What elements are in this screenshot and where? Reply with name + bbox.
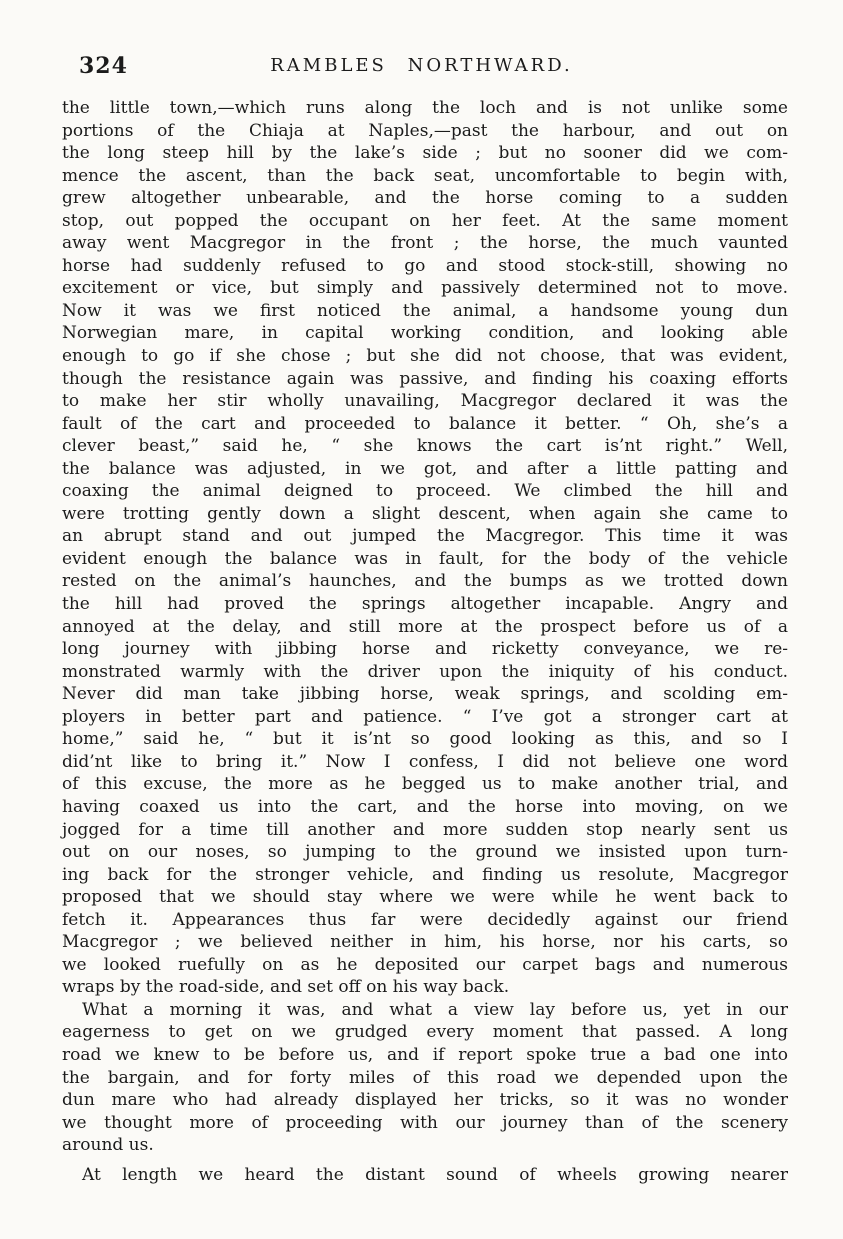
text-line: At length we heard the distant sound of …	[62, 1164, 788, 1187]
text-line: jogged for a time till another and more …	[62, 819, 788, 842]
text-line: away went Macgregor in the front ; the h…	[62, 232, 788, 255]
text-line: an abrupt stand and out jumped the Macgr…	[62, 525, 788, 548]
text-line: Macgregor ; we believed neither in him, …	[62, 931, 788, 954]
text-line: the balance was adjusted, in we got, and…	[62, 458, 788, 481]
text-line: stop, out popped the occupant on her fee…	[62, 210, 788, 233]
text-line: having coaxed us into the cart, and the …	[62, 796, 788, 819]
text-line: evident enough the balance was in fault,…	[62, 548, 788, 571]
text-line: Norwegian mare, in capital working condi…	[62, 322, 788, 345]
text-line: rested on the animal’s haunches, and the…	[62, 570, 788, 593]
text-line: excitement or vice, but simply and passi…	[62, 277, 788, 300]
text-line: of this excuse, the more as he begged us…	[62, 773, 788, 796]
paragraph: the little town,—which runs along the lo…	[62, 97, 788, 999]
text-line: we looked ruefully on as he deposited ou…	[62, 954, 788, 977]
text-line: annoyed at the delay, and still more at …	[62, 616, 788, 639]
text-line: monstrated warmly with the driver upon t…	[62, 661, 788, 684]
text-line: out on our noses, so jumping to the grou…	[62, 841, 788, 864]
text-line: proposed that we should stay where we we…	[62, 886, 788, 909]
book-page: 324 RAMBLES NORTHWARD. the little town,—…	[0, 0, 843, 1239]
text-line: clever beast,” said he, “ she knows the …	[62, 435, 788, 458]
text-line: portions of the Chiaja at Naples,—past t…	[62, 120, 788, 143]
text-line: fetch it. Appearances thus far were deci…	[62, 909, 788, 932]
text-line: fault of the cart and proceeded to balan…	[62, 413, 788, 436]
text-line: enough to go if she chose ; but she did …	[62, 345, 788, 368]
text-line: the bargain, and for forty miles of this…	[62, 1067, 788, 1090]
text-line: home,” said he, “ but it is’nt so good l…	[62, 728, 788, 751]
text-line: Now it was we first noticed the animal, …	[62, 300, 788, 323]
text-line: to make her stir wholly unavailing, Macg…	[62, 390, 788, 413]
text-line: long journey with jibbing horse and rick…	[62, 638, 788, 661]
text-line: ing back for the stronger vehicle, and f…	[62, 864, 788, 887]
text-line: mence the ascent, than the back seat, un…	[62, 165, 788, 188]
running-head: RAMBLES NORTHWARD.	[0, 55, 843, 76]
text-line: were trotting gently down a slight desce…	[62, 503, 788, 526]
text-line: horse had suddenly refused to go and sto…	[62, 255, 788, 278]
text-line: around us.	[62, 1134, 788, 1157]
text-line: ployers in better part and patience. “ I…	[62, 706, 788, 729]
text-line: coaxing the animal deigned to proceed. W…	[62, 480, 788, 503]
text-line: eagerness to get on we grudged every mom…	[62, 1021, 788, 1044]
text-line: dun mare who had already displayed her t…	[62, 1089, 788, 1112]
text-line: the long steep hill by the lake’s side ;…	[62, 142, 788, 165]
text-line: though the resistance again was passive,…	[62, 368, 788, 391]
text-line: Never did man take jibbing horse, weak s…	[62, 683, 788, 706]
text-line: we thought more of proceeding with our j…	[62, 1112, 788, 1135]
paragraph: What a morning it was, and what a view l…	[62, 999, 788, 1157]
page-body: the little town,—which runs along the lo…	[62, 97, 788, 1186]
text-line: the little town,—which runs along the lo…	[62, 97, 788, 120]
paragraph: At length we heard the distant sound of …	[62, 1164, 788, 1187]
text-line: What a morning it was, and what a view l…	[62, 999, 788, 1022]
text-line: did’nt like to bring it.” Now I confess,…	[62, 751, 788, 774]
text-line: road we knew to be before us, and if rep…	[62, 1044, 788, 1067]
text-line: wraps by the road-side, and set off on h…	[62, 976, 788, 999]
running-head-row: 324 RAMBLES NORTHWARD.	[0, 50, 843, 80]
text-line: the hill had proved the springs altogeth…	[62, 593, 788, 616]
text-line: grew altogether unbearable, and the hors…	[62, 187, 788, 210]
